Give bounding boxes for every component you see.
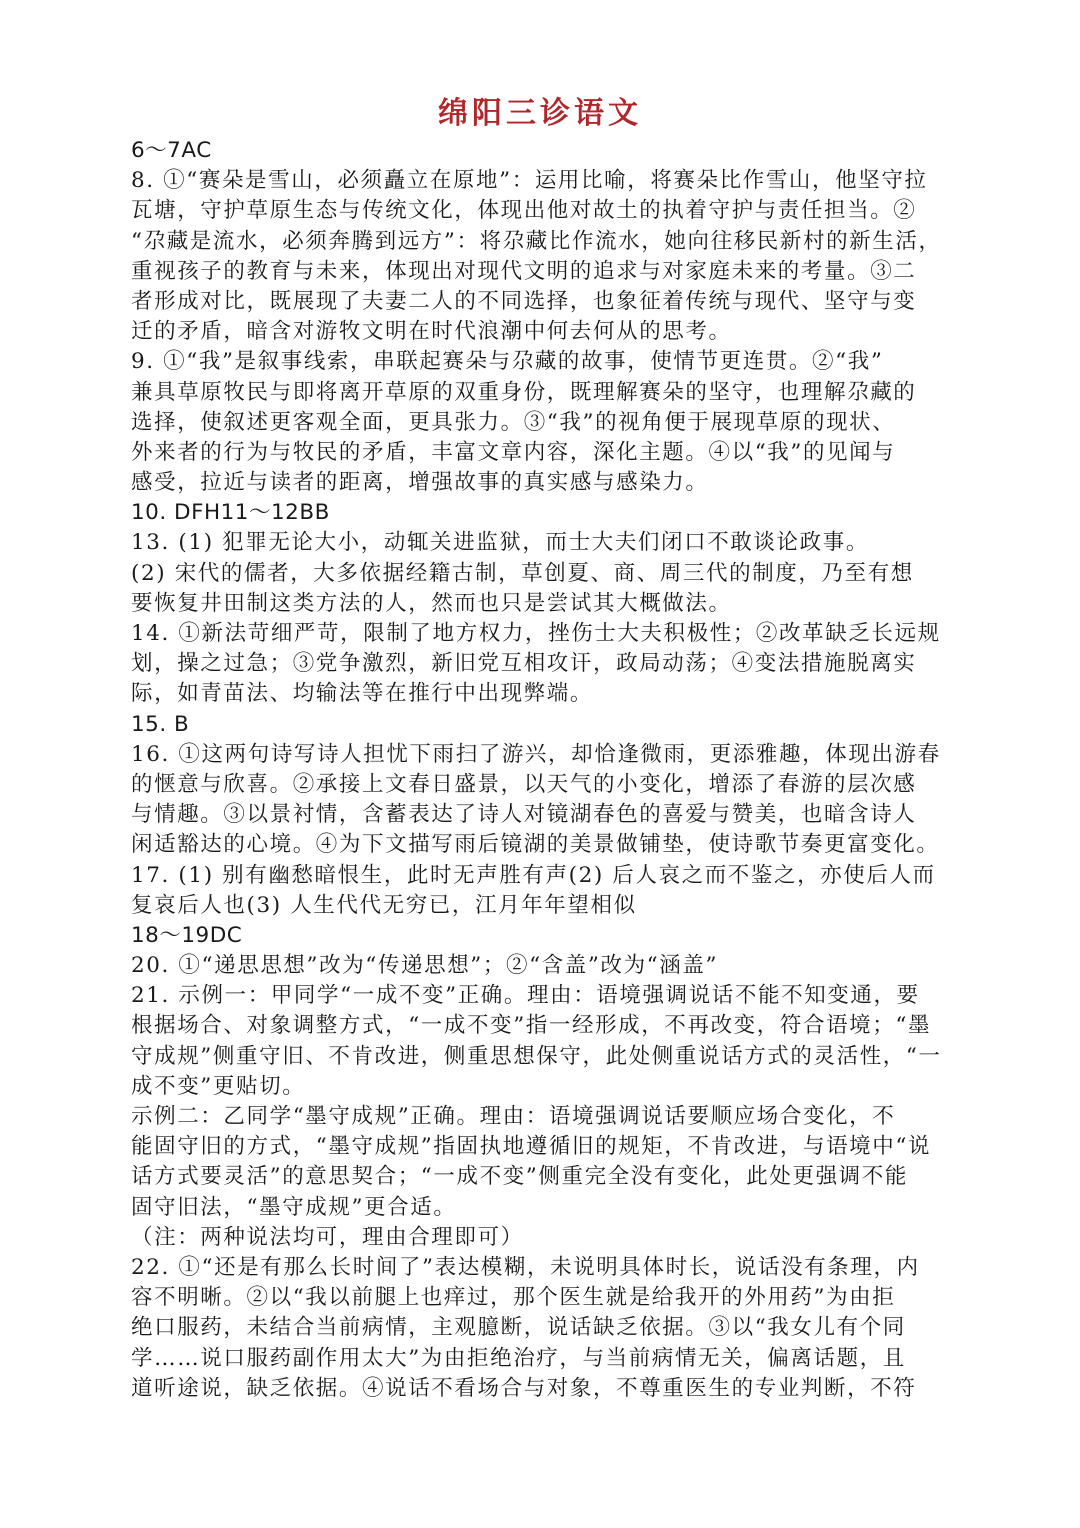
text-line: 6～7AC [131, 136, 961, 166]
text-line: 18～19DC [131, 921, 961, 951]
text-line: 15. B [131, 710, 961, 740]
text-line: 17. (1) 别有幽愁暗恨生，此时无声胜有声(2) 后人哀之而不鉴之，亦使后人… [131, 861, 961, 891]
text-line: 划，操之过急；③党争激烈，新旧党互相攻讦，政局动荡；④变法措施脱离实 [131, 649, 961, 679]
text-line: 闲适豁达的心境。④为下文描写雨后镜湖的美景做铺垫，使诗歌节奏更富变化。 [131, 830, 961, 860]
text-line: 学……说口服药副作用太大”为由拒绝治疗，与当前病情无关，偏离话题，且 [131, 1344, 961, 1374]
text-line: 迁的矛盾，暗含对游牧文明在时代浪潮中何去何从的思考。 [131, 317, 961, 347]
text-line: 13. (1) 犯罪无论大小，动辄关进监狱，而士大夫们闭口不敢谈论政事。 [131, 528, 961, 558]
text-line: 外来者的行为与牧民的矛盾，丰富文章内容，深化主题。④以“我”的见闻与 [131, 438, 961, 468]
text-line: 根据场合、对象调整方式，“一成不变”指一经形成，不再改变，符合语境；“墨 [131, 1011, 961, 1041]
text-line: 能固守旧的方式，“墨守成规”指固执地遵循旧的规矩，不肯改进，与语境中“说 [131, 1132, 961, 1162]
text-line: 者形成对比，既展现了夫妻二人的不同选择，也象征着传统与现代、坚守与变 [131, 287, 961, 317]
text-line: 兼具草原牧民与即将离开草原的双重身份，既理解赛朵的坚守，也理解尕藏的 [131, 378, 961, 408]
text-line: 复哀后人也(3) 人生代代无穷已，江月年年望相似 [131, 891, 961, 921]
text-line: 选择，使叙述更客观全面，更具张力。③“我”的视角便于展现草原的现状、 [131, 408, 961, 438]
text-line: 重视孩子的教育与未来，体现出对现代文明的追求与对家庭未来的考量。③二 [131, 257, 961, 287]
text-line: 与情趣。③以景衬情，含蓄表达了诗人对镜湖春色的喜爱与赞美，也暗含诗人 [131, 800, 961, 830]
text-line: “尕藏是流水，必须奔腾到远方”：将尕藏比作流水，她向往移民新村的新生活， [131, 227, 961, 257]
text-line: （注：两种说法均可，理由合理即可） [131, 1223, 961, 1253]
text-line: 9. ①“我”是叙事线索，串联起赛朵与尕藏的故事，使情节更连贯。②“我” [131, 347, 961, 377]
text-line: 绝口服药，未结合当前病情，主观臆断，说话缺乏依据。③以“我女儿有个同 [131, 1313, 961, 1343]
text-line: 守成规”侧重守旧、不肯改进，侧重思想保守，此处侧重说话方式的灵活性，“一 [131, 1042, 961, 1072]
text-line: 14. ①新法苛细严苛，限制了地方权力，挫伤士大夫积极性；②改革缺乏长远规 [131, 619, 961, 649]
text-line: 话方式要灵活”的意思契合；“一成不变”侧重完全没有变化，此处更强调不能 [131, 1162, 961, 1192]
text-line: 固守旧法，“墨守成规”更合适。 [131, 1193, 961, 1223]
text-line: 瓦塘，守护草原生态与传统文化，体现出他对故土的执着守护与责任担当。② [131, 196, 961, 226]
text-line: 21. 示例一：甲同学“一成不变”正确。理由：语境强调说话不能不知变通，要 [131, 981, 961, 1011]
page-title: 绵阳三诊语文 [0, 88, 1080, 132]
text-line: (2) 宋代的儒者，大多依据经籍古制，草创夏、商、周三代的制度，乃至有想 [131, 559, 961, 589]
text-line: 感受，拉近与读者的距离，增强故事的真实感与感染力。 [131, 468, 961, 498]
text-line: 22. ①“还是有那么长时间了”表达模糊，未说明具体时长，说话没有条理，内 [131, 1253, 961, 1283]
text-line: 16. ①这两句诗写诗人担忧下雨扫了游兴，却恰逢微雨，更添雅趣，体现出游春 [131, 740, 961, 770]
text-line: 要恢复井田制这类方法的人，然而也只是尝试其大概做法。 [131, 589, 961, 619]
text-line: 示例二：乙同学“墨守成规”正确。理由：语境强调说话要顺应场合变化，不 [131, 1102, 961, 1132]
text-line: 10. DFH11～12BB [131, 498, 961, 528]
text-line: 20. ①“递思思想”改为“传递思想”；②“含盖”改为“涵盖” [131, 951, 961, 981]
text-line: 际，如青苗法、均输法等在推行中出现弊端。 [131, 679, 961, 709]
text-line: 的惬意与欣喜。②承接上文春日盛景，以天气的小变化，增添了春游的层次感 [131, 770, 961, 800]
text-line: 道听途说，缺乏依据。④说话不看场合与对象，不尊重医生的专业判断，不符 [131, 1374, 961, 1404]
answer-key-body: 6～7AC8. ①“赛朵是雪山，必须矗立在原地”：运用比喻，将赛朵比作雪山，他坚… [131, 136, 961, 1404]
text-line: 成不变”更贴切。 [131, 1072, 961, 1102]
text-line: 容不明晰。②以“我以前腿上也痒过，那个医生就是给我开的外用药”为由拒 [131, 1283, 961, 1313]
text-line: 8. ①“赛朵是雪山，必须矗立在原地”：运用比喻，将赛朵比作雪山，他坚守拉 [131, 166, 961, 196]
